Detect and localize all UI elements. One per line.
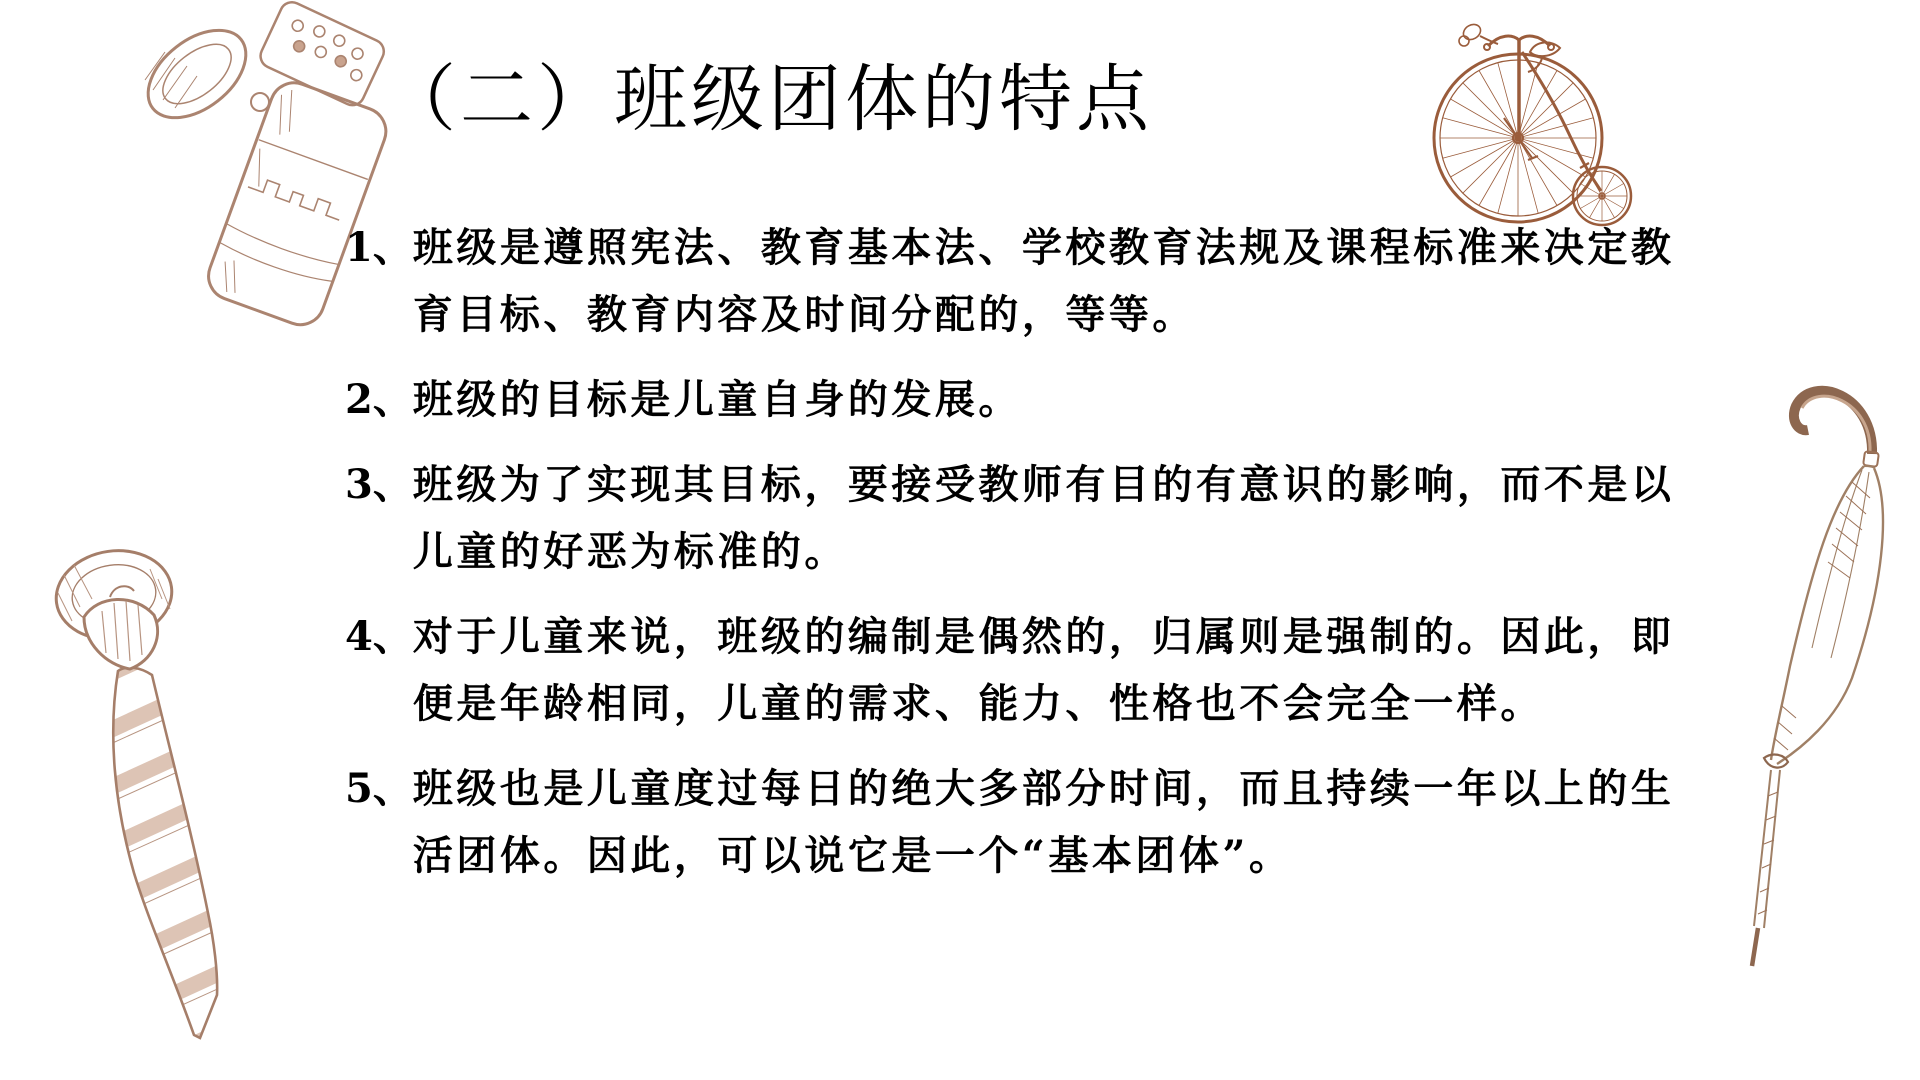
slide-title: （二）班级团体的特点 <box>383 40 1153 145</box>
item-number: 5、 <box>345 755 413 822</box>
umbrella-icon <box>1724 366 1896 988</box>
item-text: 对于儿童来说，班级的编制是偶然的，归属则是强制的。因此，即便是年龄相同，儿童的需… <box>413 603 1690 737</box>
item-text: 班级为了实现其目标，要接受教师有目的有意识的影响，而不是以儿童的好恶为标准的。 <box>413 451 1690 585</box>
presentation-slide: （二）班级团体的特点 1、 班级是遵照宪法、教育基本法、学校教育法规及课程标准来… <box>0 0 1920 1080</box>
list-item-3: 3、 班级为了实现其目标，要接受教师有目的有意识的影响，而不是以儿童的好恶为标准… <box>345 451 1690 585</box>
item-text: 班级是遵照宪法、教育基本法、学校教育法规及课程标准来决定教育目标、教育内容及时间… <box>413 214 1690 348</box>
item-text: 班级的目标是儿童自身的发展。 <box>413 366 1690 433</box>
list-item-5: 5、 班级也是儿童度过每日的绝大多部分时间，而且持续一年以上的生活团体。因此，可… <box>345 755 1690 889</box>
item-number: 2、 <box>345 366 413 433</box>
item-number: 4、 <box>345 603 413 670</box>
list-item-2: 2、 班级的目标是儿童自身的发展。 <box>345 366 1690 433</box>
item-number: 1、 <box>345 214 413 281</box>
list-item-4: 4、 对于儿童来说，班级的编制是偶然的，归属则是强制的。因此，即便是年龄相同，儿… <box>345 603 1690 737</box>
feature-list: 1、 班级是遵照宪法、教育基本法、学校教育法规及课程标准来决定教育目标、教育内容… <box>345 214 1690 907</box>
item-text: 班级也是儿童度过每日的绝大多部分时间，而且持续一年以上的生活团体。因此，可以说它… <box>413 755 1690 889</box>
necktie-icon <box>22 533 262 1078</box>
list-item-1: 1、 班级是遵照宪法、教育基本法、学校教育法规及课程标准来决定教育目标、教育内容… <box>345 214 1690 348</box>
item-number: 3、 <box>345 451 413 518</box>
penny-farthing-bicycle-icon <box>1430 10 1640 230</box>
